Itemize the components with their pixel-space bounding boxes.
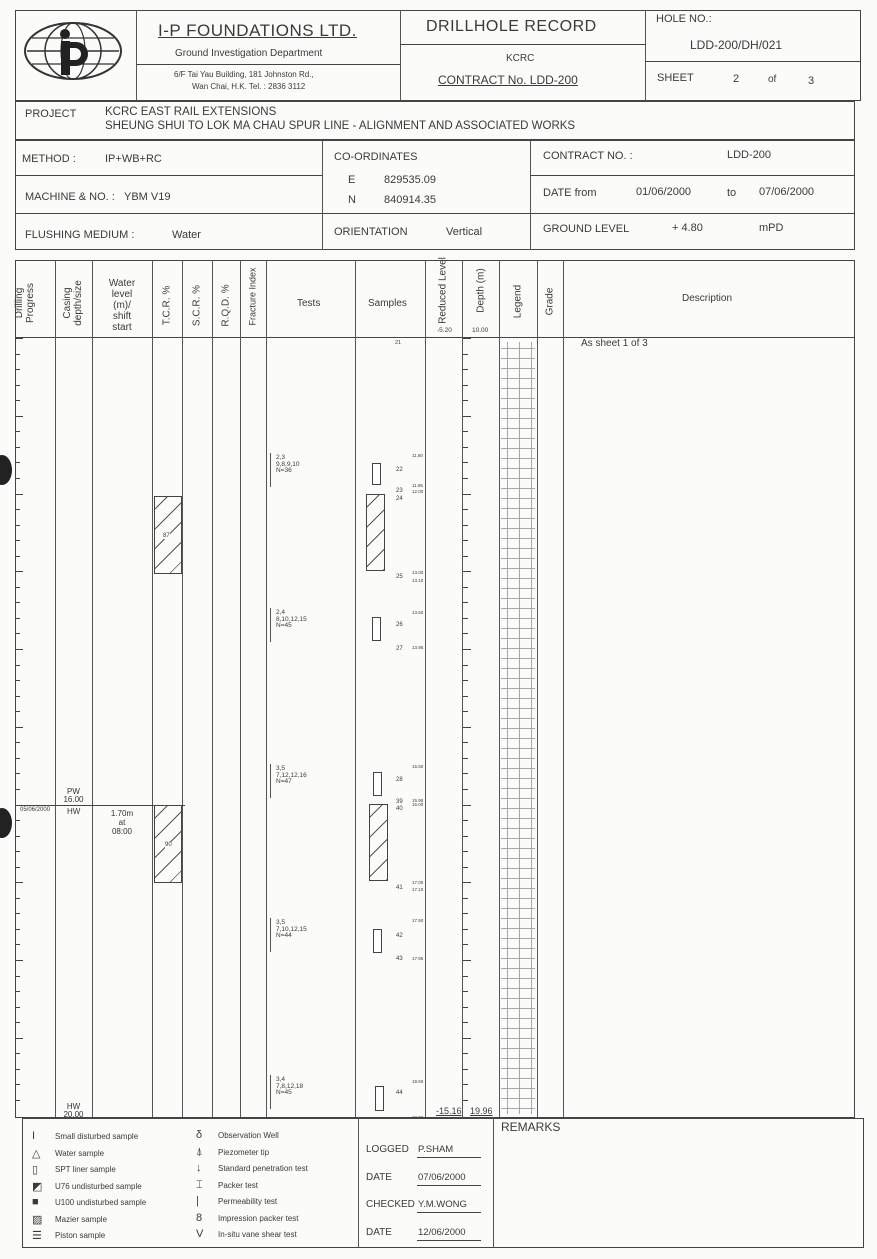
sample-number: 42 [396,933,403,939]
checked-label: CHECKED [366,1199,415,1210]
date-to-label: to [727,187,736,199]
sample-depth: 17.10 [412,887,423,892]
packer-test-icon: ⌶ [196,1179,203,1192]
key-label: SPT liner sample [55,1165,116,1174]
company-name: I-P FOUNDATIONS LTD. [158,21,357,41]
key-label: Observation Well [218,1131,279,1140]
spt-icon: ↓ [196,1162,202,1174]
logged-value: P.SHAM [418,1144,453,1155]
sample-number: 43 [396,956,403,962]
contract-no-value: LDD-200 [727,149,771,161]
key-label: U76 undisturbed sample [55,1182,142,1191]
ground-level-value: + 4.80 [672,222,703,234]
sample-depth: 13.95 [412,645,423,650]
sample-depth: 11.95 [412,483,423,488]
description-text: As sheet 1 of 3 [581,338,648,349]
method-value: IP+WB+RC [105,153,162,165]
key-label: Piezometer tip [218,1148,269,1157]
sheet-of: of [768,74,776,85]
spt-test: 3,57,10,12,15N=44 [276,920,307,940]
casing-entry-end: HW 20.00 [55,1103,92,1119]
sheet-total: 3 [808,75,814,87]
soil-legend-pattern [501,342,535,1114]
spt-test: 2,48,10,12,15N=45 [276,610,307,630]
sample-number: 28 [396,777,403,783]
sample-number: 44 [396,1090,403,1096]
department: Ground Investigation Department [175,48,322,59]
date-from-value: 01/06/2000 [636,186,691,198]
sample-depth: 17.50 [412,918,423,923]
flushing-value: Water [172,229,201,241]
depth-scale [463,338,471,1116]
sample-number: 27 [396,646,403,652]
easting-label: E [348,174,355,186]
col-grade: Grade [545,272,556,332]
top-sample-no: 21 [395,340,401,346]
small-disturbed-icon: I [32,1130,35,1142]
key-label: Piston sample [55,1231,105,1240]
spt-test: 3,57,12,12,16N=47 [276,766,307,786]
sample-depth: 17.95 [412,956,423,961]
vane-shear-icon: V [196,1228,203,1240]
date1-label: DATE [366,1172,392,1183]
col-legend: Legend [513,272,524,332]
col-tests: Tests [297,298,320,309]
spt-test-bar [270,1075,271,1109]
piston-icon: ☰ [32,1229,42,1242]
flushing-label: FLUSHING MEDIUM : [25,229,134,241]
col-description: Description [682,293,732,304]
col-casing: Casing depth/size [62,273,84,333]
easting-value: 829535.09 [384,174,436,186]
machine-label: MACHINE & NO. : [25,191,115,203]
col-water-level: Water level (m)/ shift start [92,278,152,333]
date2-label: DATE [366,1227,392,1238]
northing-value: 840914.35 [384,194,436,206]
spt-liner-sample [373,772,382,796]
col-rqd: R.Q.D. % [221,276,232,336]
depth-top: 10.00 [472,327,488,334]
sample-depth: 12.00 [412,489,423,494]
sample-number: 22 [396,467,403,473]
u76-icon: ◩ [32,1180,42,1193]
project-line-1: KCRC EAST RAIL EXTENSIONS [105,106,276,118]
key-label: Small disturbed sample [55,1132,138,1141]
document-title: DRILLHOLE RECORD [426,18,597,36]
mazier-sample [369,804,388,881]
col-tcr: T.C.R. % [162,276,173,336]
coordinates-label: CO-ORDINATES [334,151,418,163]
sample-number: 24 [396,496,403,502]
project-label: PROJECT [25,108,76,120]
remarks-label: REMARKS [501,1120,560,1134]
tcr-value: 90 [165,842,172,848]
address-line-2: Wan Chai, H.K. Tel. : 2836 3112 [192,82,305,91]
key-label: In-situ vane shear test [218,1230,297,1239]
reduced-level-top: -5.20 [437,327,452,334]
key-label: U100 undisturbed sample [55,1198,146,1207]
date-from-label: DATE from [543,187,597,199]
spt-test: 3,47,8,12,18N=45 [276,1077,303,1097]
key-label: Permeability test [218,1197,277,1206]
impression-packer-icon: 8 [196,1212,202,1224]
observation-well-icon: δ [196,1129,202,1141]
u100-icon: ■ [32,1196,39,1208]
casing-entry-hw: HW [67,807,80,816]
spt-test-bar [270,918,271,952]
mazier-sample [366,494,385,571]
spt-liner-sample [372,617,381,641]
col-reduced-level: Reduced Level [438,255,449,327]
end-depth: 19.96 [470,1106,493,1116]
mazier-icon: ▨ [32,1213,42,1226]
col-samples: Samples [368,298,407,309]
machine-value: YBM V19 [124,191,170,203]
sheet-number: 2 [733,73,739,85]
key-label: Mazier sample [55,1215,107,1224]
spt-liner-sample [372,463,381,485]
tcr-value: 87 [163,533,170,539]
contract-line: CONTRACT No. LDD-200 [438,73,578,87]
permeability-icon: | [196,1195,199,1207]
sample-depth: 13.00 [412,570,423,575]
sample-number: 39 [396,799,403,805]
col-scr: S.C.R. % [192,276,203,336]
col-depth: Depth (m) [476,255,487,327]
sample-depth: 16.00 [412,802,423,807]
project-line-2: SHEUNG SHUI TO LOK MA CHAU SPUR LINE - A… [105,120,575,132]
sample-number: 41 [396,885,403,891]
spt-liner-sample [375,1086,384,1111]
end-reduced-level: -15.16 [436,1106,462,1116]
sample-depth: 17.00 [412,880,423,885]
address-line-1: 6/F Tai Yau Building, 181 Johnston Rd., [174,70,314,79]
sample-number: 23 [396,488,403,494]
water-level-entry: 1.70m at 08:00 [92,809,152,836]
ground-level-unit: mPD [759,222,783,234]
key-label: Packer test [218,1181,258,1190]
date-to-value: 07/06/2000 [759,186,814,198]
spt-liner-sample [373,929,382,953]
spt-liner-icon: ▯ [32,1163,38,1176]
sheet-label: SHEET [657,72,694,84]
sample-depth: 15.50 [412,764,423,769]
hole-no-label: HOLE NO.: [656,13,712,25]
casing-entry: PW 16.00 [55,788,92,804]
client-name: KCRC [506,53,534,64]
spt-test-bar [270,453,271,487]
orientation-value: Vertical [446,226,482,238]
ground-level-label: GROUND LEVEL [543,223,629,235]
col-fracture-index: Fracture Index [249,267,258,327]
log-table [15,260,855,1118]
sample-depth: 13.50 [412,610,423,615]
water-sample-icon: △ [32,1147,40,1160]
drilling-progress-scale [15,338,27,1116]
orientation-label: ORIENTATION [334,226,408,238]
punch-hole [0,808,12,838]
piezometer-tip-icon: ⍋ [196,1146,203,1159]
key-label: Water sample [55,1149,104,1158]
spt-test-bar [270,608,271,642]
sample-number: 40 [396,806,403,812]
key-label: Impression packer test [218,1214,298,1223]
contract-no-label: CONTRACT NO. : [543,150,633,162]
northing-label: N [348,194,356,206]
punch-hole [0,455,12,485]
date2-value: 12/06/2000 [418,1227,466,1238]
logged-label: LOGGED [366,1144,409,1155]
col-drilling-progress: Drilling Progress [14,273,36,333]
method-label: METHOD : [22,153,76,165]
sample-number: 26 [396,622,403,628]
key-label: Standard penetration test [218,1164,308,1173]
sample-depth: 11.50 [412,453,423,458]
spt-test: 2,39,8,9,10N=36 [276,455,300,475]
sample-depth: 13.10 [412,578,423,583]
sample-depth: 19.50 [412,1079,423,1084]
company-logo [22,20,124,82]
date1-value: 07/06/2000 [418,1172,466,1183]
checked-value: Y.M.WONG [418,1199,467,1210]
sample-number: 25 [396,574,403,580]
progress-date: 05/06/2000 [20,807,50,813]
hole-no: LDD-200/DH/021 [690,38,782,52]
spt-test-bar [270,764,271,798]
